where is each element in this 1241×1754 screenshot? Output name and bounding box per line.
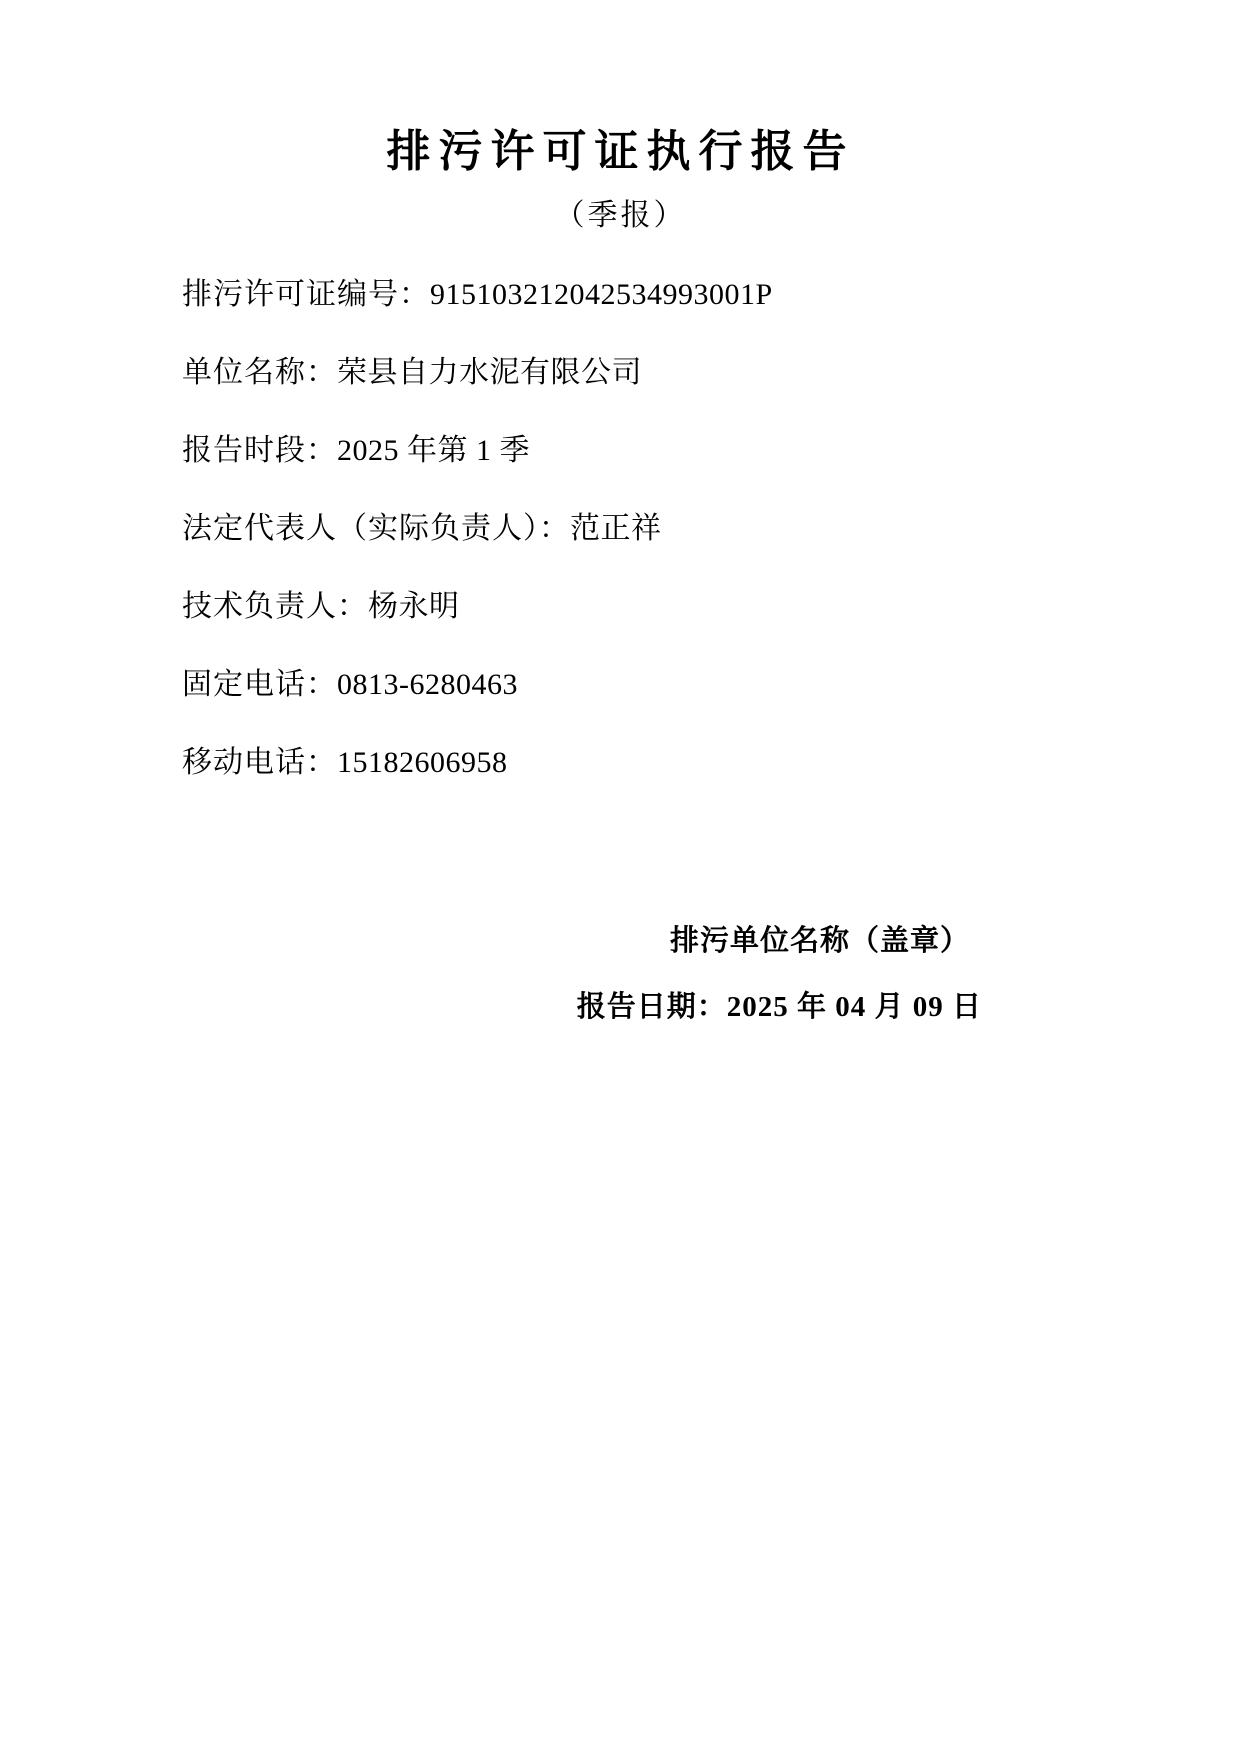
document-page: 排污许可证执行报告 （季报） 排污许可证编号：91510321204253499… [0, 0, 1241, 1754]
field-list: 排污许可证编号：915103212042534993001P 单位名称：荣县自力… [182, 278, 1241, 779]
unit-stamp-line: 排污单位名称（盖章） [577, 924, 970, 958]
document-subtitle: （季报） [0, 198, 1241, 234]
field-permit-number-label: 排污许可证编号： [182, 278, 430, 311]
field-report-period: 报告时段：2025 年第 1 季 [182, 434, 1241, 467]
document-title: 排污许可证执行报告 [0, 0, 1241, 182]
field-permit-number-value: 915103212042534993001P [430, 278, 773, 311]
field-landline-phone-label: 固定电话： [182, 668, 337, 701]
field-technical-director-label: 技术负责人： [182, 590, 368, 623]
field-report-period-label: 报告时段： [182, 434, 337, 467]
field-technical-director: 技术负责人：杨永明 [182, 590, 1241, 623]
field-legal-representative-value: 范正祥 [570, 512, 662, 545]
field-legal-representative: 法定代表人（实际负责人）：范正祥 [182, 512, 1241, 545]
field-technical-director-value: 杨永明 [368, 590, 460, 623]
field-permit-number: 排污许可证编号：915103212042534993001P [182, 278, 1241, 311]
field-mobile-phone-label: 移动电话： [182, 746, 337, 779]
field-landline-phone-value: 0813-6280463 [337, 668, 518, 701]
field-unit-name: 单位名称：荣县自力水泥有限公司 [182, 356, 1241, 389]
field-landline-phone: 固定电话：0813-6280463 [182, 668, 1241, 701]
report-date-label: 报告日期： [577, 991, 727, 1023]
field-unit-name-label: 单位名称： [182, 356, 337, 389]
field-mobile-phone-value: 15182606958 [337, 746, 508, 779]
signature-block: 排污单位名称（盖章） 报告日期：2025 年 04 月 09 日 [577, 924, 982, 1024]
report-date-line: 报告日期：2025 年 04 月 09 日 [577, 990, 982, 1024]
field-unit-name-value: 荣县自力水泥有限公司 [337, 356, 642, 389]
field-report-period-value: 2025 年第 1 季 [337, 434, 530, 467]
field-legal-representative-label: 法定代表人（实际负责人）： [182, 512, 570, 545]
field-mobile-phone: 移动电话：15182606958 [182, 746, 1241, 779]
report-date-value: 2025 年 04 月 09 日 [727, 991, 982, 1023]
